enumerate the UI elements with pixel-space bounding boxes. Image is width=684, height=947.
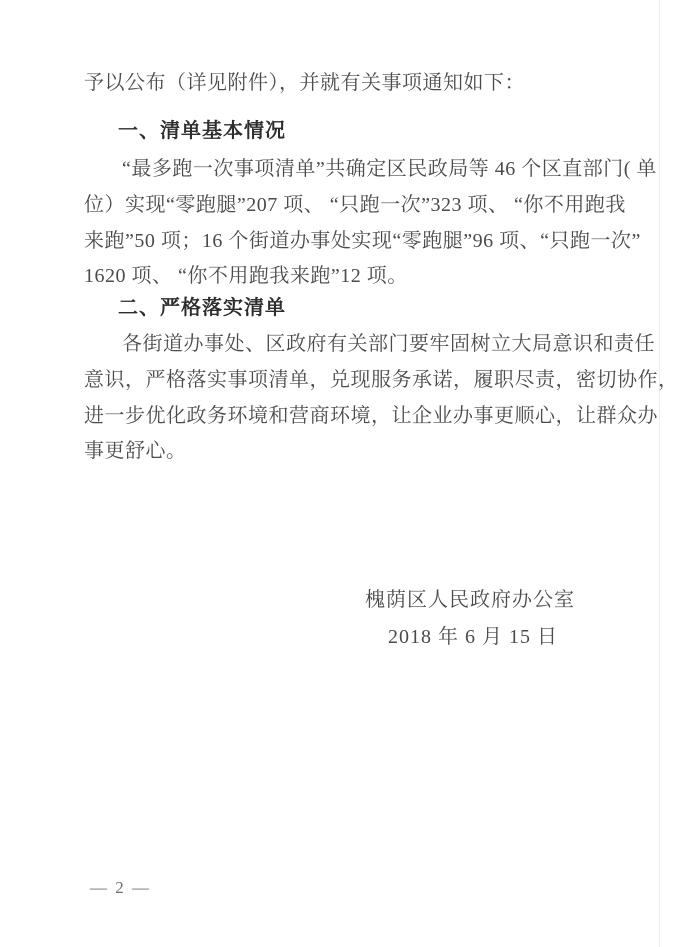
- section-1-body-line: 1620 项、 “你不用跑我来跑”12 项。: [84, 263, 408, 289]
- page-number: — 2 —: [90, 878, 151, 898]
- signature-office-name: 槐荫区人民政府办公室: [365, 583, 575, 612]
- section-2-body-line: 事更舒心。: [84, 438, 187, 464]
- section-1-body-line: “最多跑一次事项清单”共确定区民政局等 46 个区直部门( 单: [122, 156, 657, 182]
- section-2-body-line: 进一步优化政务环境和营商环境，让企业办事更顺心，让群众办: [84, 403, 658, 429]
- section-2-body-line: 各街道办事处、区政府有关部门要牢固树立大局意识和责任: [122, 331, 655, 357]
- section-2-heading: 二、严格落实清单: [118, 295, 286, 321]
- intro-paragraph-line: 予以公布（详见附件），并就有关事项通知如下：: [84, 70, 525, 96]
- section-2-body-line: 意识，严格落实事项清单，兑现服务承诺，履职尽责，密切协作，: [84, 367, 679, 393]
- section-1-heading: 一、清单基本情况: [118, 118, 286, 144]
- scan-edge-artifact: [659, 0, 660, 947]
- signature-date: 2018 年 6 月 15 日: [388, 620, 558, 649]
- document-page: 予以公布（详见附件），并就有关事项通知如下： 一、清单基本情况 “最多跑一次事项…: [0, 0, 684, 947]
- section-1-body-line: 来跑”50 项；16 个街道办事处实现“零跑腿”96 项、“只跑一次”: [84, 228, 641, 254]
- section-1-body-line: 位）实现“零跑腿”207 项、 “只跑一次”323 项、 “你不用跑我: [84, 192, 626, 218]
